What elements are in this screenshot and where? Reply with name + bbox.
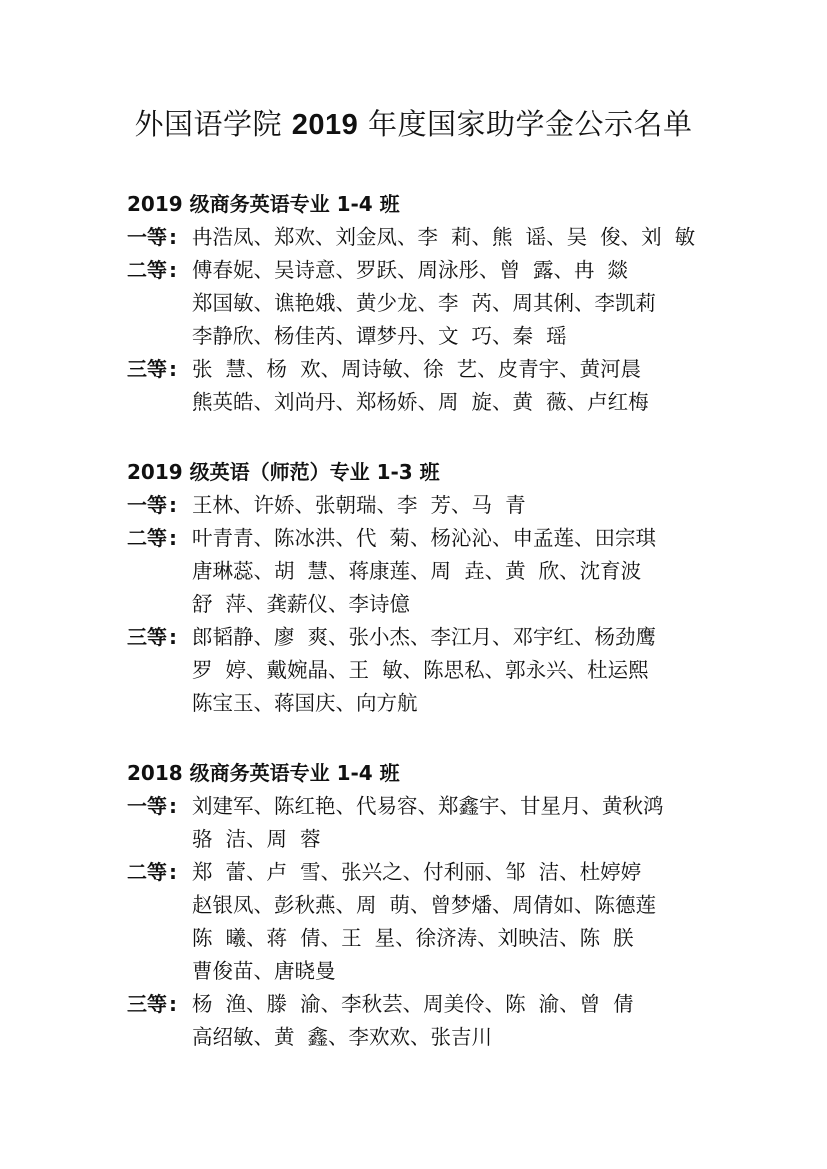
names-line: 李静欣、杨佳芮、谭梦丹、文 巧、秦 瑶: [192, 320, 722, 353]
section-heading: 2019 级英语（师范）专业 1-3 班: [127, 455, 727, 489]
names-line: 张 慧、杨 欢、周诗敏、徐 艺、皮青宇、黄河晨: [192, 353, 722, 386]
grade-label: 一等: [127, 794, 167, 818]
names-line: 陈宝玉、蒋国庆、向方航: [192, 687, 722, 720]
grade-third: 三等: 杨 渔、滕 渝、李秋芸、周美伶、陈 渝、曾 倩 高绍敏、黄 鑫、李欢欢、…: [127, 988, 727, 1054]
grade-first: 一等: 刘建军、陈红艳、代易容、郑鑫宇、甘星月、黄秋鸿 骆 洁、周 蓉: [127, 790, 727, 856]
grade-label: 三等: [127, 625, 167, 649]
grade-label: 二等: [127, 526, 167, 550]
names-line: 舒 萍、龚薪仪、李诗億: [192, 588, 722, 621]
names-line: 曹俊苗、唐晓曼: [192, 955, 722, 988]
grade-second: 二等: 叶青青、陈冰洪、代 菊、杨沁沁、申孟莲、田宗琪 唐琳蕊、胡 慧、蒋康莲、…: [127, 522, 727, 621]
grade-third: 三等: 郎韬静、廖 爽、张小杰、李江月、邓宇红、杨劲鹰 罗 婷、戴婉晶、王 敏、…: [127, 621, 727, 720]
section-2019-business-english: 2019 级商务英语专业 1-4 班 一等: 冉浩凤、郑欢、刘金凤、李 莉、熊 …: [127, 187, 727, 419]
section-heading: 2018 级商务英语专业 1-4 班: [127, 756, 727, 790]
grade-label: 一等: [127, 225, 167, 249]
grade-label: 三等: [127, 992, 167, 1016]
names-line: 刘建军、陈红艳、代易容、郑鑫宇、甘星月、黄秋鸿: [192, 790, 722, 823]
section-heading: 2019 级商务英语专业 1-4 班: [127, 187, 727, 221]
grade-first: 一等: 冉浩凤、郑欢、刘金凤、李 莉、熊 谣、吴 俊、刘 敏: [127, 221, 727, 254]
names-line: 叶青青、陈冰洪、代 菊、杨沁沁、申孟莲、田宗琪: [192, 522, 722, 555]
names-line: 王林、许娇、张朝瑞、李 芳、马 青: [192, 489, 722, 522]
title-prefix: 外国语学院: [135, 107, 292, 141]
grade-label: 三等: [127, 357, 167, 381]
names-line: 唐琳蕊、胡 慧、蒋康莲、周 垚、黄 欣、沈育波: [192, 555, 722, 588]
section-2018-business-english: 2018 级商务英语专业 1-4 班 一等: 刘建军、陈红艳、代易容、郑鑫宇、甘…: [127, 756, 727, 1054]
names-line: 赵银凤、彭秋燕、周 萌、曾梦燔、周倩如、陈德莲: [192, 889, 722, 922]
grade-label: 二等: [127, 258, 167, 282]
names-line: 郎韬静、廖 爽、张小杰、李江月、邓宇红、杨劲鹰: [192, 621, 722, 654]
title-suffix: 年度国家助学金公示名单: [358, 107, 692, 141]
names-line: 罗 婷、戴婉晶、王 敏、陈思私、郭永兴、杜运熙: [192, 654, 722, 687]
names-line: 郑 蕾、卢 雪、张兴之、付利丽、邹 洁、杜婷婷: [192, 856, 722, 889]
names-line: 傅春妮、吴诗意、罗跃、周泳彤、曾 露、冉 燚: [192, 254, 722, 287]
names-line: 熊英皓、刘尚丹、郑杨娇、周 旋、黄 薇、卢红梅: [192, 386, 722, 419]
names-line: 骆 洁、周 蓉: [192, 823, 722, 856]
title-year: 2019: [292, 109, 359, 141]
grade-label: 二等: [127, 860, 167, 884]
grade-second: 二等: 傅春妮、吴诗意、罗跃、周泳彤、曾 露、冉 燚 郑国敏、谯艳娥、黄少龙、李…: [127, 254, 727, 353]
names-line: 陈 曦、蒋 倩、王 星、徐济涛、刘映洁、陈 朕: [192, 922, 722, 955]
grade-second: 二等: 郑 蕾、卢 雪、张兴之、付利丽、邹 洁、杜婷婷 赵银凤、彭秋燕、周 萌、…: [127, 856, 727, 988]
grade-third: 三等: 张 慧、杨 欢、周诗敏、徐 艺、皮青宇、黄河晨 熊英皓、刘尚丹、郑杨娇、…: [127, 353, 727, 419]
section-2019-english-normal: 2019 级英语（师范）专业 1-3 班 一等: 王林、许娇、张朝瑞、李 芳、马…: [127, 455, 727, 720]
names-line: 冉浩凤、郑欢、刘金凤、李 莉、熊 谣、吴 俊、刘 敏: [192, 221, 722, 254]
page-title: 外国语学院 2019 年度国家助学金公示名单: [0, 104, 827, 145]
grade-first: 一等: 王林、许娇、张朝瑞、李 芳、马 青: [127, 489, 727, 522]
grade-label: 一等: [127, 493, 167, 517]
names-line: 郑国敏、谯艳娥、黄少龙、李 芮、周其俐、李凯莉: [192, 287, 722, 320]
names-line: 高绍敏、黄 鑫、李欢欢、张吉川: [192, 1021, 722, 1054]
names-line: 杨 渔、滕 渝、李秋芸、周美伶、陈 渝、曾 倩: [192, 988, 722, 1021]
